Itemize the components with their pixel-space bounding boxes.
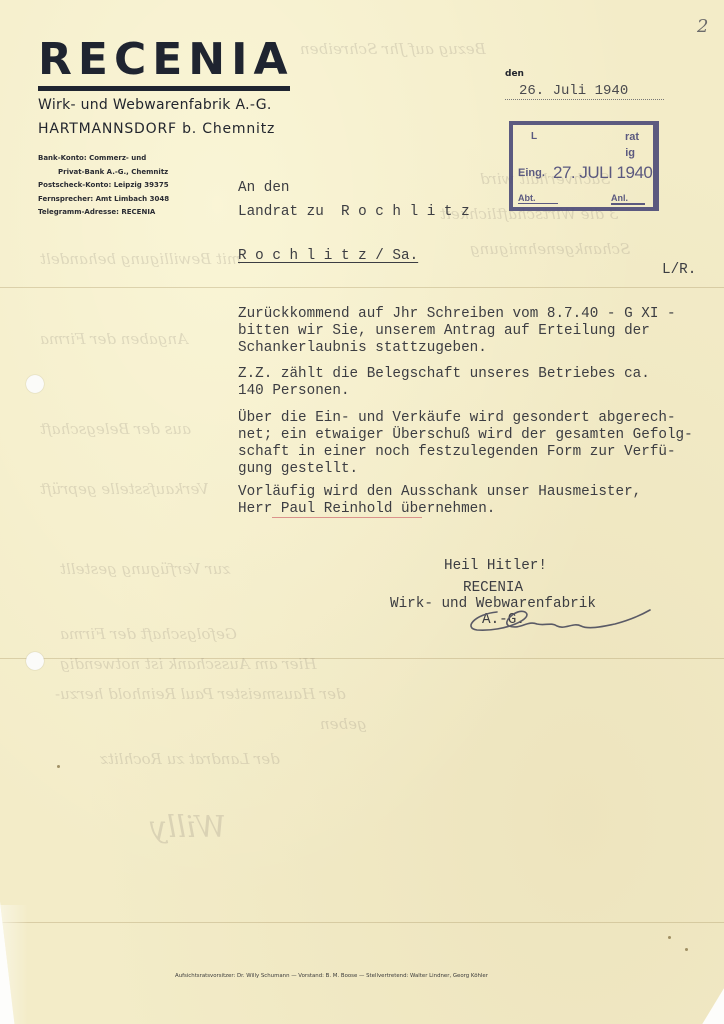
paper-spot (668, 936, 671, 939)
stamp-text: rat (625, 131, 639, 143)
bleedthrough-handwriting: Hier am Ausschank ist notwendig (60, 655, 316, 673)
company-logo: RECENIA (38, 38, 294, 82)
date-prefix: den (505, 69, 524, 79)
bleedthrough-signature: Willy (150, 810, 226, 845)
paper-spot (57, 765, 60, 768)
bleedthrough-handwriting: der Landrat zu Rochlitz (100, 750, 280, 768)
bleedthrough-handwriting: Gefolgschaft der Firma (60, 625, 237, 643)
page-number-mark: 2 (697, 16, 708, 37)
stamp-text: ig (625, 147, 635, 159)
bleedthrough-handwriting: geben (320, 715, 367, 733)
recipient-line-2: Landrat zu R o c h l i t z (238, 204, 470, 221)
body-paragraph-3: Über die Ein- und Verkäufe wird gesonder… (238, 410, 693, 478)
stamp-received-date: 27. JULI 1940 (553, 163, 652, 183)
stamp-received-label: Eing. (518, 167, 545, 179)
paper-folded-corner (0, 905, 28, 1024)
closing-greeting: Heil Hitler! (444, 558, 547, 575)
company-tagline: Wirk- und Webwarenfabrik A.-G. (38, 97, 272, 113)
paper-fold-line (0, 922, 724, 923)
recipient-line-1: An den (238, 180, 289, 197)
letterhead-footer: Aufsichtsratsvorsitzer: Dr. Willy Schuma… (175, 973, 488, 979)
paper-spot (685, 948, 688, 951)
closing-company: RECENIA (463, 580, 523, 597)
bleedthrough-handwriting: aus der Belegschaft (40, 420, 191, 438)
stamp-text: L (531, 131, 537, 142)
bank-name-line: Privat-Bank A.-G., Chemnitz (38, 166, 169, 180)
letter-date: den 26. Juli 1940 (505, 63, 685, 100)
postal-check-line: Postscheck-Konto: Leipzig 39375 (38, 179, 169, 193)
telegram-line: Telegramm-Adresse: RECENIA (38, 206, 169, 220)
bleedthrough-handwriting: Verkaufsstelle geprüft (40, 480, 209, 498)
body-paragraph-1: Zurückkommend auf Jhr Schreiben vom 8.7.… (238, 306, 676, 357)
phone-line: Fernsprecher: Amt Limbach 3048 (38, 193, 169, 207)
red-pencil-underline (272, 517, 422, 518)
letter-page: Bezug auf Jhr Schreiben Sachverhalt wird… (0, 0, 724, 1024)
logo-underline-bar (38, 86, 290, 91)
punch-hole (26, 652, 44, 670)
received-stamp: L rat ig Eing. 27. JULI 1940 Abt. Anl. (509, 121, 659, 211)
bleedthrough-handwriting: Schankgenehmigung (470, 240, 630, 258)
company-city: HARTMANNSDORF b. Chemnitz (38, 121, 275, 137)
recipient-city: R o c h l i t z / Sa. (238, 248, 418, 265)
bleedthrough-handwriting: zur Verfügung gestellt (60, 560, 230, 578)
bank-account-line: Bank-Konto: Commerz- und (38, 152, 169, 166)
reference-initials: L/R. (662, 262, 696, 279)
punch-hole (26, 375, 44, 393)
paper-fold-line (0, 287, 724, 288)
bleedthrough-handwriting: der Hausmeister Paul Reinhold herzu- (55, 685, 346, 703)
handwritten-signature (465, 604, 655, 638)
bleedthrough-handwriting: mit Bewilligung behandelt (40, 250, 241, 268)
body-paragraph-2: Z.Z. zählt die Belegschaft unseres Betri… (238, 366, 650, 400)
bleedthrough-handwriting: Bezug auf Jhr Schreiben (300, 40, 486, 58)
bleedthrough-handwriting: Angaben der Firma (40, 330, 188, 348)
body-paragraph-4: Vorläufig wird den Ausschank unser Hausm… (238, 484, 641, 518)
stamp-department-field: Abt. (518, 193, 558, 204)
company-contact-block: Bank-Konto: Commerz- und Privat-Bank A.-… (38, 152, 169, 220)
stamp-attachment-field: Anl. (611, 193, 645, 205)
date-value: 26. Juli 1940 (505, 83, 664, 100)
